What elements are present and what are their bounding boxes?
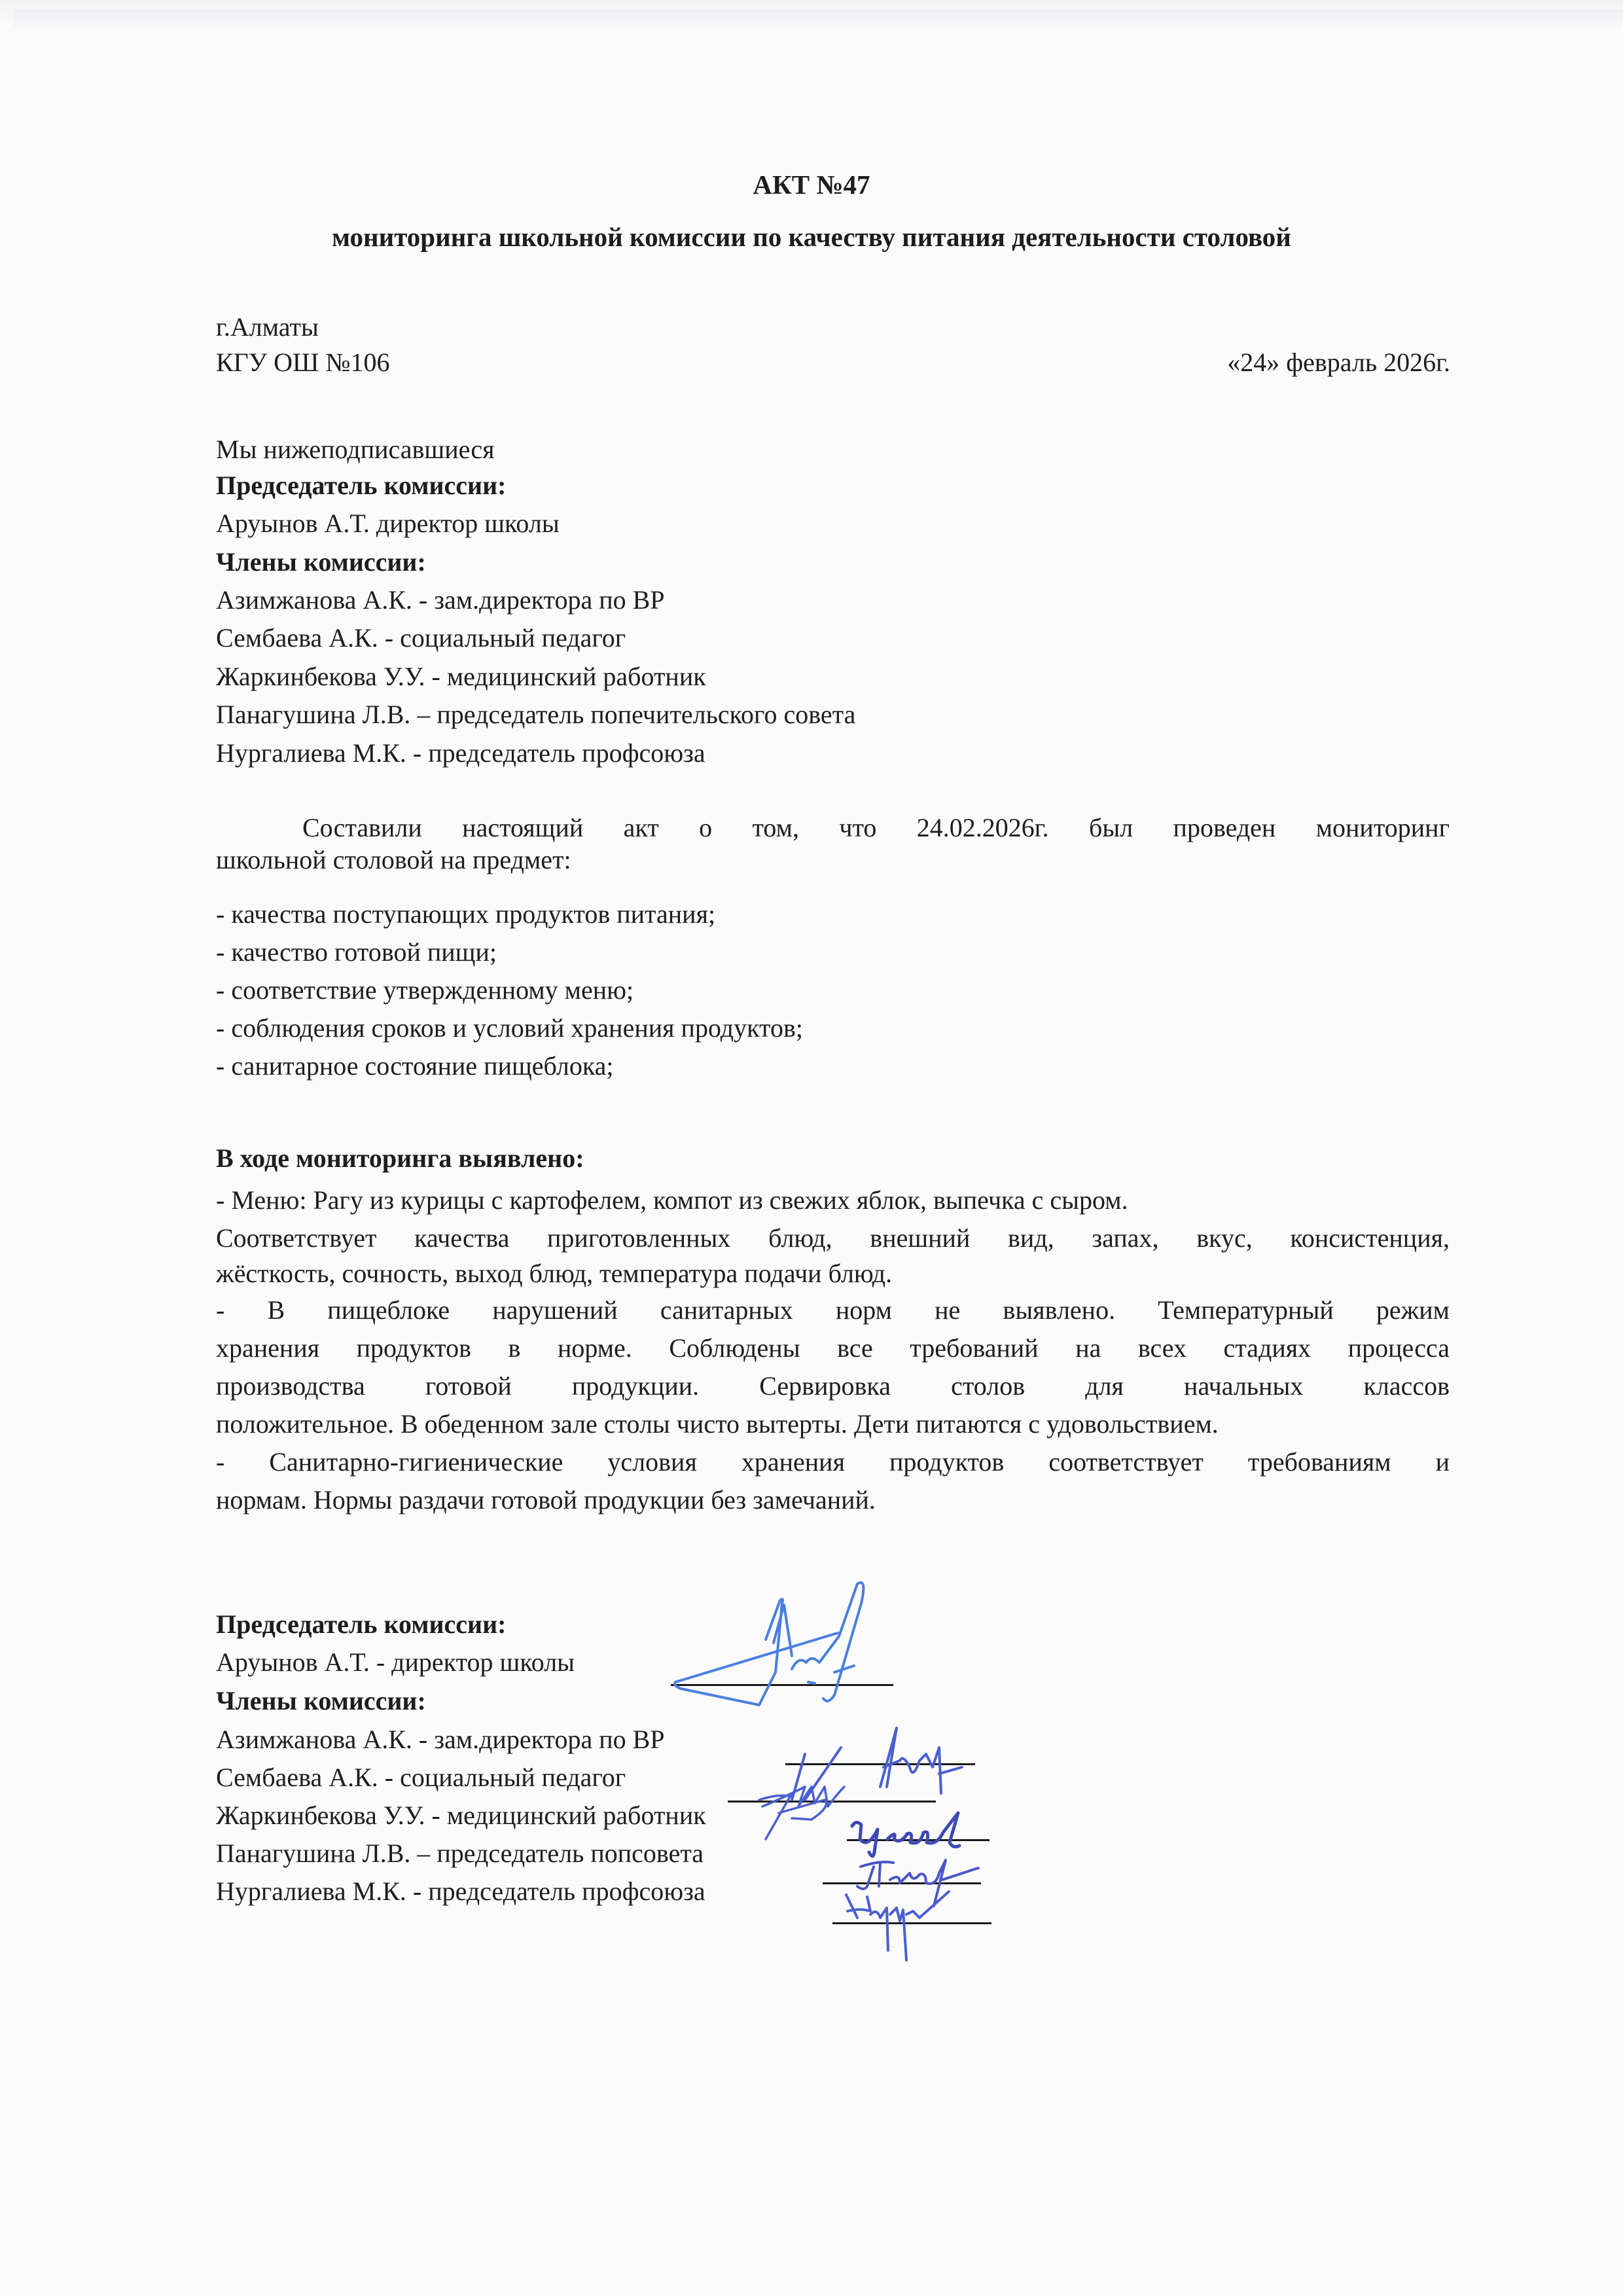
chairman-signature (668, 1564, 877, 1712)
chairman-name: Аруынов А.Т. директор школы (216, 508, 560, 539)
findings-line: жёсткость, сочность, выход блюд, темпера… (216, 1255, 1450, 1291)
sign-member-item: Азимжанова А.К. - зам.директора по ВР (216, 1724, 665, 1755)
member-item: Нургалиева М.К. - председатель профсоюза (216, 738, 705, 769)
document-date: «24» февраль 2026г. (1227, 347, 1450, 378)
member-item: Жаркинбекова У.У. - медицинский работник (216, 661, 706, 692)
subject-item: - качества поступающих продуктов питания… (216, 899, 715, 930)
intro-text: Мы нижеподписавшиеся (216, 434, 495, 465)
sign-member-item: Нургалиева М.К. - председатель профсоюза (216, 1876, 705, 1907)
findings-line: - В пищеблоке нарушений санитарных норм … (216, 1291, 1450, 1329)
findings-line: производства готовой продукции. Сервиров… (216, 1367, 1450, 1405)
members-heading: Члены комиссии: (216, 547, 426, 578)
sign-members-heading: Члены комиссии: (216, 1685, 426, 1717)
chairman-heading: Председатель комиссии: (216, 470, 506, 501)
sign-member-item: Жаркинбекова У.У. - медицинский работник (216, 1800, 706, 1831)
findings-line: нормам. Нормы раздачи готовой продукции … (216, 1481, 1450, 1519)
sign-chairman-name: Аруынов А.Т. - директор школы (216, 1647, 575, 1678)
subject-item: - соответствие утвержденному меню; (216, 975, 633, 1006)
document-subtitle: мониторинга школьной комиссии по качеств… (0, 221, 1623, 253)
member-signature-5 (841, 1892, 959, 1967)
findings-paragraph: - Меню: Рагу из курицы с картофелем, ком… (216, 1181, 1450, 1519)
statement-line: Составили настоящий акт о том, что 24.02… (216, 812, 1450, 844)
subject-item: - качество готовой пищи; (216, 937, 497, 968)
statement-line: школьной столовой на предмет: (216, 844, 1450, 876)
findings-line: хранения продуктов в норме. Соблюдены вс… (216, 1329, 1450, 1367)
document-title: АКТ №47 (0, 169, 1623, 200)
organization: КГУ ОШ №106 (216, 347, 390, 378)
findings-line: - Санитарно-гигиенические условия хранен… (216, 1443, 1450, 1481)
member-item: Панагушина Л.В. – председатель попечител… (216, 699, 855, 730)
subject-item: - соблюдения сроков и условий хранения п… (216, 1013, 803, 1044)
city: г.Алматы (216, 312, 319, 343)
member-item: Сембаева А.К. - социальный педагог (216, 622, 626, 654)
member-item: Азимжанова А.К. - зам.директора по ВР (216, 584, 665, 616)
scan-edge-shadow (13, 9, 1623, 27)
findings-line: Соответствует качества приготовленных бл… (216, 1219, 1450, 1255)
subject-item: - санитарное состояние пищеблока; (216, 1050, 614, 1082)
findings-line: - Меню: Рагу из курицы с картофелем, ком… (216, 1181, 1450, 1219)
findings-heading: В ходе мониторинга выявлено: (216, 1143, 584, 1174)
sign-member-item: Сембаева А.К. - социальный педагог (216, 1762, 626, 1793)
sign-member-item: Панагушина Л.В. – председатель попсовета (216, 1838, 704, 1869)
statement-paragraph: Составили настоящий акт о том, что 24.02… (216, 812, 1450, 876)
sign-chairman-heading: Председатель комиссии: (216, 1609, 506, 1640)
findings-line: положительное. В обеденном зале столы чи… (216, 1405, 1450, 1443)
